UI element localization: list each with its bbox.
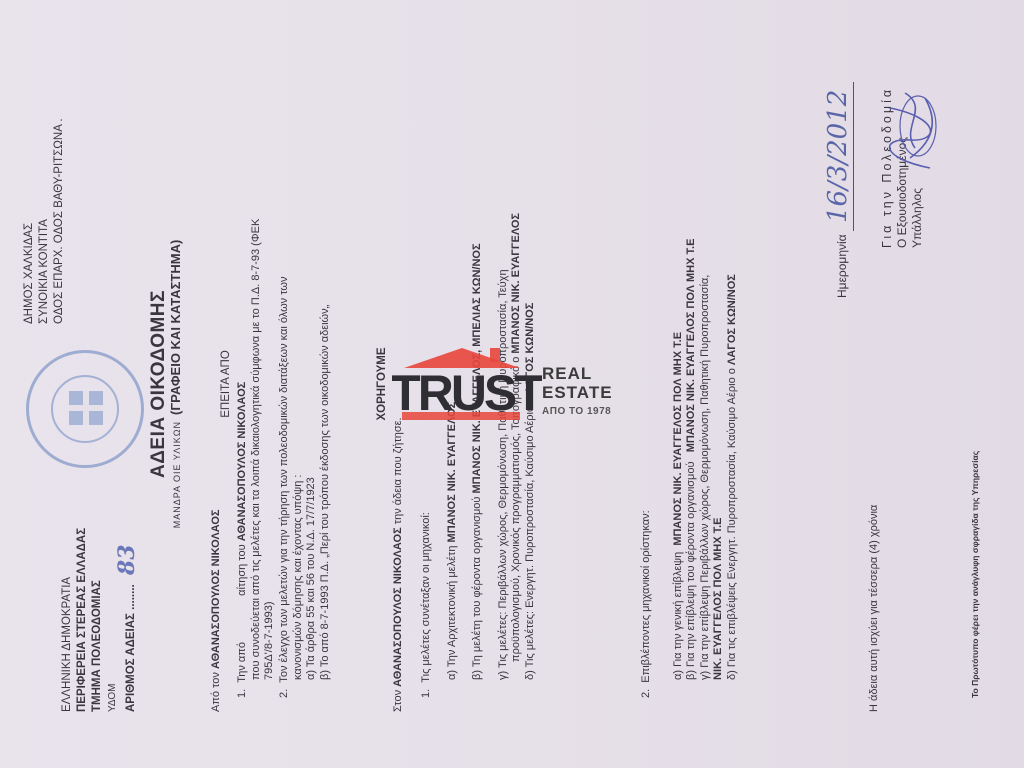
applicant-name: ΑΘΑΝΑΣΟΠΟΥΛΟΣ ΝΙΚΟΛΑΟΣ bbox=[236, 382, 248, 542]
header-line: ΕΛΛΗΝΙΚΗ ΔΗΜΟΚΡΑΤΙΑ bbox=[60, 528, 75, 712]
engineer-name: ΜΠΑΝΟΣ ΝΙΚ. ΕΥΑΓΓΕΛΟΣ ΠΟΛ ΜΗΧ Τ.Ε bbox=[685, 239, 697, 453]
street: ΟΔΟΣ ΕΠΑΡΧ. ΟΔΟΣ ΒΑΘΥ-ΡΙΤΣΩΝΑ . bbox=[52, 118, 67, 324]
watermark-text: REAL ESTATE ΑΠΟ ΤΟ 1978 bbox=[542, 364, 613, 421]
location-header: ΔΗΜΟΣ ΧΑΛΚΙΔΑΣ ΣΥΝΟΙΚΙΑ ΚΟΝΤΙΤΑ ΟΔΟΣ ΕΠΑ… bbox=[22, 118, 67, 324]
studies-section: 1. Τις μελέτες συνέταξαν οι μηχανικοί: α… bbox=[420, 213, 537, 698]
date-label: Ημερομηνία bbox=[835, 234, 849, 298]
grant-heading: ΧΟΡΗΓΟΥΜΕ bbox=[376, 0, 388, 768]
clause-2: 2. Τον έλεγχο των μελετών για την τήρηση… bbox=[278, 276, 332, 698]
epeita-heading: ΕΠΕΙΤΑ ΑΠΟ bbox=[220, 0, 232, 768]
official-stamp-icon bbox=[26, 350, 144, 468]
clause-1: 1. Την από αίτηση του ΑΘΑΝΑΣΟΠΟΥΛΟΣ ΝΙΚΟ… bbox=[236, 219, 277, 698]
handwritten-use: ΜΑΝΔΡΑ ΟΙΕ ΥΛΙΚΩΝ bbox=[172, 421, 182, 528]
municipality: ΔΗΜΟΣ ΧΑΛΚΙΔΑΣ bbox=[22, 118, 37, 324]
footer-note: Το Πρωτότυπο φέρει την ανάγλυφη σφραγίδα… bbox=[970, 451, 980, 698]
svg-text:TRUST: TRUST bbox=[392, 365, 542, 421]
issuer-header: ΕΛΛΗΝΙΚΗ ΔΗΜΟΚΡΑΤΙΑ ΠΕΡΙΦΕΡΕΙΑ ΣΤΕΡΕΑΣ Ε… bbox=[60, 528, 139, 712]
engineer-name: ΜΠΑΝΟΣ ΝΙΚ. ΕΥΑΓΓΕΛΟΣ ΠΟΛ ΜΗΧ Τ.Ε bbox=[672, 332, 684, 546]
trust-logo-icon: TRUST bbox=[392, 340, 542, 432]
header-line: ΤΜΗΜΑ ΠΟΛΕΟΔΟΜΙΑΣ bbox=[90, 528, 105, 712]
grant-line: Στον ΑΘΑΝΑΣΟΠΟΥΛΟΣ ΝΙΚΟΛΑΟΣ την άδεια πο… bbox=[392, 417, 406, 712]
use-description: (ΓΡΑΦΕΙΟ ΚΑΙ ΚΑΤΑΣΤΗΜΑ) bbox=[168, 240, 183, 415]
signature-icon bbox=[870, 88, 950, 178]
validity-statement: Η άδεια αυτή ισχύει για τέσσερα (4) χρόν… bbox=[868, 505, 882, 712]
header-line: ΠΕΡΙΦΕΡΕΙΑ ΣΤΕΡΕΑΣ ΕΛΛΑΔΑΣ bbox=[75, 528, 90, 712]
permit-number-value: 83 bbox=[114, 544, 140, 575]
grantee-name: ΑΘΑΝΑΣΟΠΟΥΛΟΣ ΝΙΚΟΛΑΟΣ bbox=[392, 527, 404, 687]
engineer-name: ΛΑΓΟΣ ΚΩΝ/ΝΟΣ bbox=[726, 274, 738, 365]
engineer-name: ΝΙΚ. ΕΥΑΓΓΕΛΟΣ ΠΟΛ ΜΗΧ Τ.Ε bbox=[712, 239, 726, 698]
document-subtitle: ΜΑΝΔΡΑ ΟΙΕ ΥΛΙΚΩΝ(ΓΡΑΦΕΙΟ ΚΑΙ ΚΑΤΑΣΤΗΜΑ) bbox=[168, 0, 183, 768]
engineer-name: ΜΠΑΝΟΣ ΝΙΚ. ΕΥΑΓΓΕΛΟΣ bbox=[510, 213, 522, 354]
permit-number-row: ΑΡΙΘΜΟΣ ΑΔΕΙΑΣ ........ 83 bbox=[120, 528, 139, 712]
supervisors-section: 2. Επιβλέποντες μηχανικοί ορίστηκαν: α) … bbox=[640, 239, 739, 698]
date-value: 16/3/2012 bbox=[823, 82, 854, 231]
document-title: ΑΔΕΙΑ ΟΙΚΟΔΟΜΗΣ bbox=[148, 0, 170, 768]
trust-real-estate-watermark: TRUST REAL ESTATE ΑΠΟ ΤΟ 1978 bbox=[392, 340, 642, 440]
permit-number-label: ΑΡΙΘΜΟΣ ΑΔΕΙΑΣ ........ bbox=[125, 584, 137, 712]
date-row: Ημερομηνία 16/3/2012 bbox=[832, 82, 850, 298]
district: ΣΥΝΟΙΚΙΑ ΚΟΝΤΙΤΑ bbox=[37, 118, 52, 324]
